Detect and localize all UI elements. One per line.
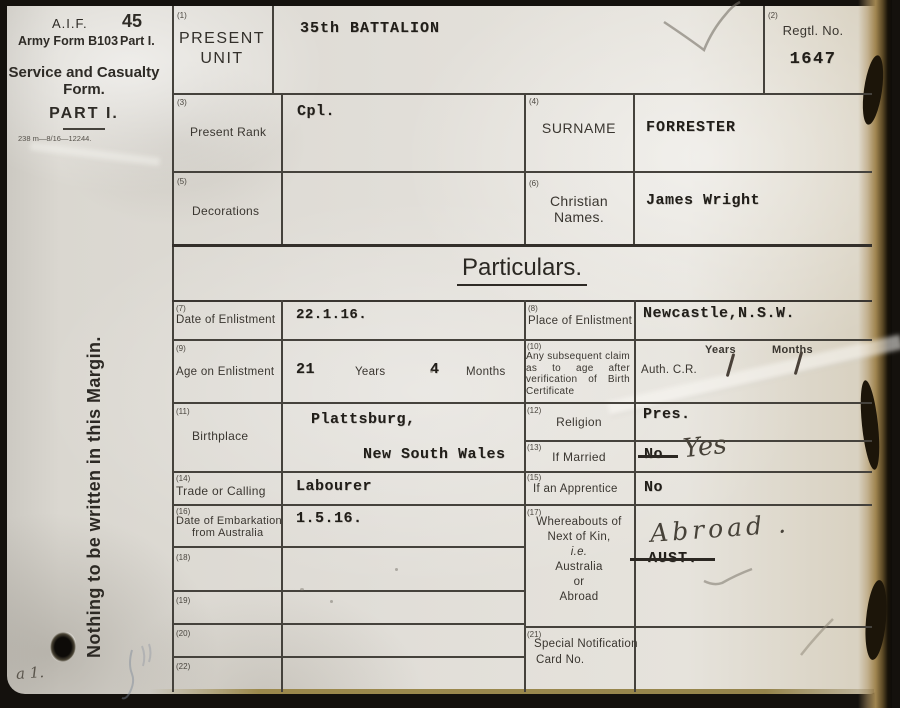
grid-line (281, 93, 283, 245)
date-of-enlistment-value: 22.1.16. (296, 307, 367, 323)
birthplace-value-line2: New South Wales (363, 446, 506, 463)
scanned-form-page: A.I.F. 45 Army Form B103 Part I. Service… (0, 0, 900, 708)
date-of-enlistment-label: Date of Enlistment (176, 314, 275, 326)
next-of-kin-label-line2: Next of Kin, (524, 531, 634, 543)
embarkation-label-line2: from Australia (192, 527, 263, 539)
part-heading-underline (63, 128, 105, 130)
age-months-unit-label: Months (466, 366, 506, 378)
next-of-kin-label-line3: i.e. (524, 546, 634, 558)
field-6-number: (6) (529, 179, 539, 188)
particulars-title: Particulars. (457, 254, 587, 286)
field-7-number: (7) (176, 304, 186, 313)
place-of-enlistment-label: Place of Enlistment (528, 315, 632, 327)
paper-speck (330, 600, 333, 603)
field-15-number: (15) (527, 473, 541, 482)
special-notification-label-line1: Special Notification (534, 638, 638, 650)
field-22-number: (22) (176, 662, 190, 671)
special-notification-label-line2: Card No. (536, 654, 584, 666)
if-apprentice-value: No (644, 479, 663, 496)
particulars-section: Particulars. (172, 254, 872, 286)
embarkation-value: 1.5.16. (296, 510, 363, 527)
surname-value: FORRESTER (646, 119, 736, 136)
surname-label: SURNAME (524, 120, 634, 136)
field-20-number: (20) (176, 629, 190, 638)
present-rank-value: Cpl. (297, 103, 335, 120)
grid-line (172, 93, 872, 95)
present-unit-label: PRESENT (172, 30, 272, 48)
grid-line (172, 656, 524, 658)
field-5-number: (5) (177, 177, 187, 186)
grid-line (172, 171, 872, 173)
if-apprentice-label: If an Apprentice (533, 483, 618, 495)
grid-line (272, 6, 274, 94)
pencil-slash-mark (795, 615, 840, 660)
next-of-kin-label-line1: Whereabouts of (524, 516, 634, 528)
field-14-number: (14) (176, 474, 190, 483)
subsequent-claim-label: Any subsequent claim as to age after ver… (526, 351, 630, 397)
field-11-number: (11) (176, 407, 190, 416)
place-of-enlistment-value: Newcastle,N.S.W. (643, 305, 795, 322)
age-years-unit-label: Years (355, 366, 386, 378)
birthplace-value-line1: Plattsburg, (311, 411, 416, 428)
age-on-enlistment-label: Age on Enlistment (176, 366, 274, 378)
regtl-no-label: Regtl. No. (763, 23, 863, 38)
strike-line (630, 558, 715, 561)
field-19-number: (19) (176, 596, 190, 605)
grid-line (172, 623, 524, 625)
field-8-number: (8) (528, 304, 538, 313)
auth-months-header: Months (772, 344, 813, 356)
pencil-check-mark (700, 565, 760, 590)
present-rank-label: Present Rank (190, 125, 266, 139)
field-4-number: (4) (529, 97, 539, 106)
christian-names-label2: Names. (524, 209, 634, 225)
part-heading: PART I. (8, 105, 160, 123)
form-title-line1: Service and Casualty (8, 64, 160, 81)
if-married-label: If Married (524, 450, 634, 464)
grid-line (172, 546, 524, 548)
margin-note: Nothing to be written in this Margin. (84, 336, 105, 658)
present-unit-value: 35th BATTALION (300, 20, 440, 37)
pencil-squiggle (118, 640, 168, 695)
next-of-kin-label-line5: or (524, 576, 634, 588)
grid-line (172, 339, 872, 341)
auth-cr-label: Auth. C.R. (641, 364, 697, 376)
section-divider (172, 244, 872, 247)
present-unit-label2: UNIT (172, 50, 272, 68)
gilt-page-bottom-edge (150, 689, 874, 694)
trade-or-calling-value: Labourer (296, 478, 372, 495)
next-of-kin-label-line4: Australia (524, 561, 634, 573)
field-12-number: (12) (527, 406, 541, 415)
embarkation-label-line1: Date of Embarkation (176, 515, 282, 527)
field-3-number: (3) (177, 98, 187, 107)
religion-value: Pres. (643, 406, 691, 423)
grid-line (172, 471, 872, 473)
grid-line (172, 504, 872, 506)
grid-line (172, 402, 872, 404)
aif-label: A.I.F. (52, 16, 88, 31)
strike-line (638, 455, 678, 458)
trade-or-calling-label: Trade or Calling (176, 484, 266, 498)
grid-line (634, 300, 636, 692)
print-code: 238 m—8/16—12244. (18, 134, 91, 143)
next-of-kin-label-line6: Abroad (524, 591, 634, 603)
religion-label: Religion (524, 415, 634, 429)
field-18-number: (18) (176, 553, 190, 562)
grid-line (172, 590, 524, 592)
paper-speck (395, 568, 398, 571)
regtl-no-value: 1647 (763, 50, 863, 69)
decorations-label: Decorations (192, 204, 259, 218)
paper-speck (430, 370, 433, 373)
birthplace-label: Birthplace (192, 429, 248, 443)
christian-names-value: James Wright (646, 192, 760, 209)
field-9-number: (9) (176, 344, 186, 353)
field-10-number: (10) (527, 342, 541, 351)
army-form-part-label: Part I. (120, 34, 155, 48)
field-2-number: (2) (768, 11, 778, 20)
grid-line (281, 300, 283, 692)
paper-speck (300, 588, 304, 591)
if-married-handwritten-value: Yes (682, 430, 729, 464)
army-form-label: Army Form B103 (18, 34, 118, 48)
form-number: 45 (122, 11, 142, 32)
christian-names-label: Christian (524, 193, 634, 209)
section-divider (172, 300, 872, 302)
age-years-value: 21 (296, 361, 315, 378)
field-1-number: (1) (177, 11, 187, 20)
handwritten-annotation: a 1. (15, 663, 44, 683)
form-title-line2: Form. (8, 81, 160, 98)
pencil-tick-mark (660, 8, 750, 58)
